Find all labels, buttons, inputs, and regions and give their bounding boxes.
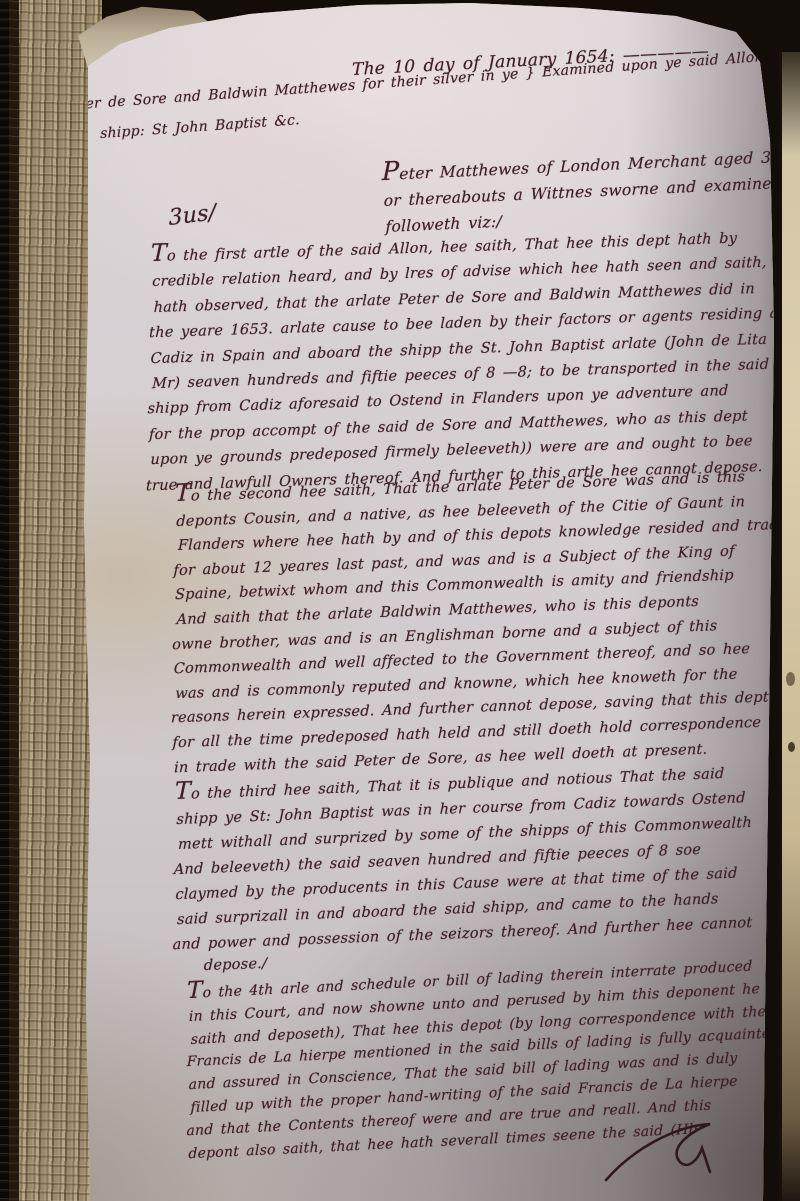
next-page-edge (779, 52, 800, 1201)
ink-spot (788, 742, 795, 752)
paragraph-third-article: To the third hee saith, That it is publi… (174, 760, 755, 958)
margin-note-line2: shipp: St John Baptist &c. (100, 112, 300, 142)
manuscript-photo: The 10 day of January 1654: ————— Peter … (0, 0, 800, 1201)
paragraph-second-article: To the second hee saith, That the arlate… (171, 462, 798, 780)
document-number: 3us/ (168, 200, 217, 231)
paragraph-first-article: To the first artle of the said Allon, he… (147, 224, 787, 499)
depose-line: depose./ (204, 956, 268, 974)
closing-flourish-mark (598, 1118, 758, 1190)
ink-spot (786, 672, 795, 686)
manuscript-page: The 10 day of January 1654: ————— Peter … (0, 0, 800, 1201)
